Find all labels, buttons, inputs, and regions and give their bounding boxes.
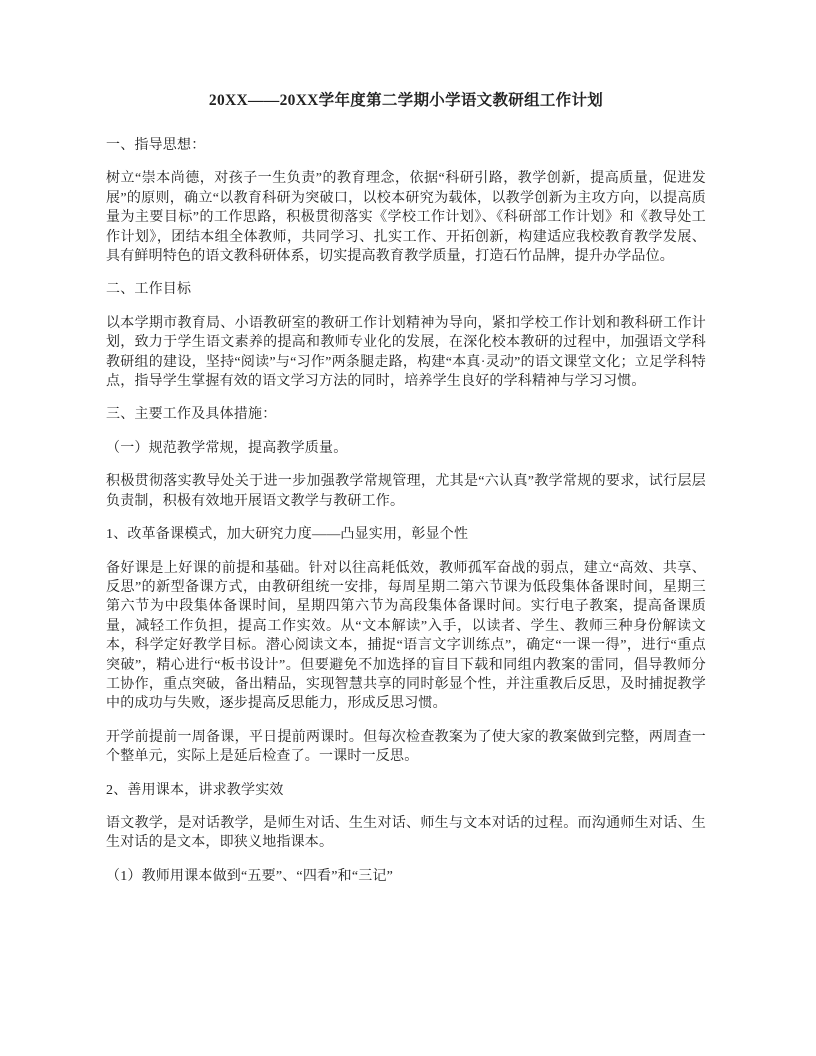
document-page: 20XX——20XX学年度第二学期小学语文教研组工作计划 一、指导思想： 树立“… (0, 0, 816, 1056)
numbered-item-heading: 1、改革备课模式，加大研究力度——凸显实用，彰显个性 (106, 525, 706, 544)
body-paragraph: 备好课是上好课的前提和基础。针对以往高耗低效，教师孤军奋战的弱点，建立“高效、共… (106, 559, 706, 714)
section-heading: 二、工作目标 (106, 280, 706, 299)
body-paragraph: 以本学期市教育局、小语教研室的教研工作计划精神为导向，紧扣学校工作计划和教科研工… (106, 314, 706, 392)
body-paragraph: 积极贯彻落实教导处关于进一步加强教学常规管理，尤其是“六认真”教学常规的要求，试… (106, 472, 706, 511)
list-item-heading: （1）教师用课本做到“五要”、“四看”和“三记” (106, 867, 706, 886)
body-paragraph: 语文教学，是对话教学，是师生对话、生生对话、师生与文本对话的过程。而沟通师生对话… (106, 814, 706, 853)
body-paragraph: 开学前提前一周备课，平日提前两课时。但每次检查教案为了使大家的教案做到完整，两周… (106, 728, 706, 767)
section-heading: 一、指导思想： (106, 136, 706, 155)
subsection-heading: （一）规范教学常规，提高教学质量。 (106, 439, 706, 458)
document-title: 20XX——20XX学年度第二学期小学语文教研组工作计划 (106, 90, 706, 112)
body-paragraph: 树立“崇本尚德，对孩子一生负责”的教育理念，依据“科研引路，教学创新，提高质量，… (106, 169, 706, 266)
section-heading: 三、主要工作及具体措施： (106, 405, 706, 424)
numbered-item-heading: 2、善用课本，讲求教学实效 (106, 781, 706, 800)
